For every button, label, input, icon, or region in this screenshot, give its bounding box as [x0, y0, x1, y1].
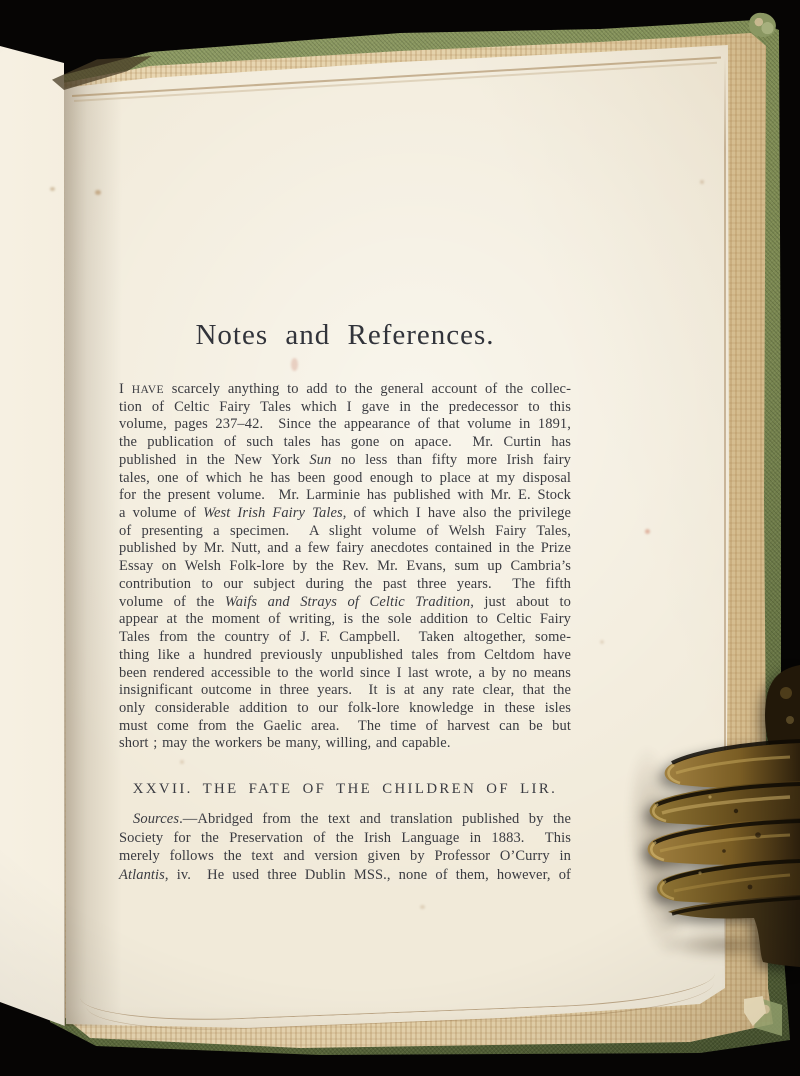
text-line: short ; may the workers be many, willing… — [119, 735, 571, 753]
paragraph-intro: I HAVE scarcely anything to add to the g… — [119, 381, 571, 753]
text-line: Atlantis, iv. He used three Dublin MSS.,… — [119, 866, 571, 885]
foxing-spot — [291, 358, 298, 371]
foxing-spot — [600, 640, 604, 644]
text-line: been rendered accessible to the world si… — [119, 665, 571, 683]
text-line: merely follows the text and version give… — [119, 847, 571, 866]
text-line: appear at the moment of writing, is the … — [119, 611, 571, 629]
text-line: Sources.—Abridged from the text and tran… — [119, 810, 571, 829]
bronze-hand-ornament — [640, 665, 800, 985]
foxing-spot — [645, 529, 650, 534]
gutter-shadow — [64, 80, 122, 1026]
text-line: for the present volume. Mr. Larminie has… — [119, 487, 571, 505]
foxing-spot — [95, 190, 101, 195]
paragraph-sources: Sources.—Abridged from the text and tran… — [119, 810, 571, 884]
foxing-spot — [700, 180, 704, 184]
text-line: must come from the Gaelic area. The time… — [119, 718, 571, 736]
text-line: published by Mr. Nutt, and a few fairy a… — [119, 540, 571, 558]
text-line: Society for the Preservation of the Iris… — [119, 829, 571, 848]
text-line: volume, pages 237–42. Since the appearan… — [119, 416, 571, 434]
text-line: I HAVE scarcely anything to add to the g… — [119, 381, 571, 399]
text-line: Tales from the country of J. F. Campbell… — [119, 629, 571, 647]
text-line: contribution to our subject during the p… — [119, 576, 571, 594]
text-line: Essay on Welsh Folk-lore by the Rev. Mr.… — [119, 558, 571, 576]
text-line: thing like a hundred previously unpublis… — [119, 647, 571, 665]
text-line: the publication of such tales has gone o… — [119, 434, 571, 452]
page-title: Notes and References. — [119, 317, 571, 353]
foxing-spot — [180, 760, 184, 764]
text-line: of presenting a specimen. A slight volum… — [119, 523, 571, 541]
foxing-spot — [50, 187, 55, 191]
section-heading: XXVII. THE FATE OF THE CHILDREN OF LIR. — [119, 781, 571, 798]
text-line: insignificant outcome in three years. It… — [119, 682, 571, 700]
text-line: only considerable addition to our folk-l… — [119, 700, 571, 718]
text-line: a volume of West Irish Fairy Tales, of w… — [119, 505, 571, 523]
book-photo: Notes and References. I HAVE scarcely an… — [0, 0, 800, 1076]
text-line: published in the New York Sun no less th… — [119, 452, 571, 470]
foxing-spot — [420, 905, 425, 909]
text-line: tales, one of which he has been good eno… — [119, 470, 571, 488]
text-line: volume of the Waifs and Strays of Celtic… — [119, 594, 571, 612]
text-line: tion of Celtic Fairy Tales which I gave … — [119, 399, 571, 417]
